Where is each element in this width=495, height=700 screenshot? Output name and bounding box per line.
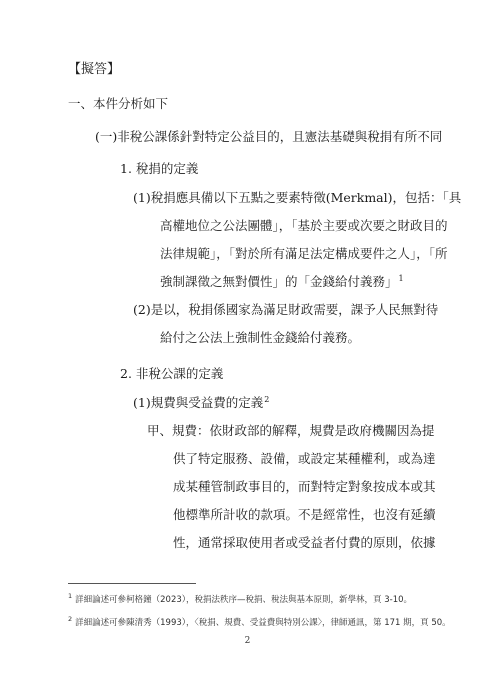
footnote-ref-2: 2 <box>264 395 269 404</box>
line-text: (1)規費與受益費的定義 <box>133 395 263 410</box>
body-line: (2)是以，稅捐係國家為滿足財政需要，課予人民無對待 <box>68 296 458 324</box>
footnote-1: 1詳細論述可參柯格鐘（2023），稅捐法秩序—稅捐、稅法與基本原則，新學林，頁 … <box>68 587 456 610</box>
line-text: 高權地位之公法團體」，「基於主要或次要之財政目的 <box>160 218 448 233</box>
line-text: 2. 非稅公課的定義 <box>120 366 223 381</box>
body-line: 法律規範」，「對於所有滿足法定構成要件之人」，「所 <box>68 240 458 268</box>
footnote-text: 詳細論述可參柯格鐘（2023），稅捐法秩序—稅捐、稅法與基本原則，新學林，頁 3… <box>75 595 412 605</box>
line-text: 甲、規費：依財政部的解釋，規費是政府機關因為提 <box>147 423 435 438</box>
document-body: 【擬答】 一、本件分析如下 (一)非稅公課係針對特定公益目的，且憲法基礎與稅捐有… <box>68 56 458 557</box>
footnote-marker: 1 <box>68 592 72 600</box>
body-line: 成某種管制政事目的，而對特定對象按成本或其 <box>68 473 458 501</box>
footnote-2: 2詳細論述可參陳清秀（1993），〈稅捐、規費、受益費與特別公課〉，律師通訊，第… <box>68 610 456 633</box>
body-line: (一)非稅公課係針對特定公益目的，且憲法基礎與稅捐有所不同 <box>68 123 458 151</box>
body-line: 供了特定服務、設備，或設定某種權利，或為達 <box>68 445 458 473</box>
footnote-separator <box>68 583 196 584</box>
answer-heading: 【擬答】 <box>68 56 458 84</box>
footnote-ref-1: 1 <box>399 274 404 283</box>
line-text: 1. 稅捐的定義 <box>120 161 198 176</box>
body-line: (1)規費與受益費的定義2 <box>68 389 458 417</box>
body-line: 他標準所計收的款項。不是經常性，也沒有延續 <box>68 501 458 529</box>
body-line: 性，通常採取使用者或受益者付費的原則，依據 <box>68 529 458 557</box>
footnotes: 1詳細論述可參柯格鐘（2023），稅捐法秩序—稅捐、稅法與基本原則，新學林，頁 … <box>68 583 456 633</box>
body-line: (1)稅捐應具備以下五點之要素特徵(Merkmal)，包括：「具 <box>68 184 458 212</box>
body-line: 一、本件分析如下 <box>68 90 458 118</box>
line-text: 性，通常採取使用者或受益者付費的原則，依據 <box>173 535 436 550</box>
line-text: (一)非稅公課係針對特定公益目的，且憲法基礎與稅捐有所不同 <box>95 129 442 144</box>
line-text: (1)稅捐應具備以下五點之要素特徵(Merkmal)，包括：「具 <box>133 190 461 205</box>
line-text: 成某種管制政事目的，而對特定對象按成本或其 <box>173 479 436 494</box>
document-page: 【擬答】 一、本件分析如下 (一)非稅公課係針對特定公益目的，且憲法基礎與稅捐有… <box>0 0 495 700</box>
body-line: 甲、規費：依財政部的解釋，規費是政府機關因為提 <box>68 417 458 445</box>
line-text: 給付之公法上強制性金錢給付義務。 <box>160 330 360 345</box>
line-text: 法律規範」，「對於所有滿足法定構成要件之人」，「所 <box>160 246 448 261</box>
footnote-text: 詳細論述可參陳清秀（1993），〈稅捐、規費、受益費與特別公課〉，律師通訊，第 … <box>75 618 451 628</box>
line-text: 強制課徵之無對價性」的「金錢給付義務」 <box>160 274 398 289</box>
footnote-marker: 2 <box>68 615 72 623</box>
line-text: 供了特定服務、設備，或設定某種權利，或為達 <box>173 451 436 466</box>
body-line: 強制課徵之無對價性」的「金錢給付義務」1 <box>68 268 458 296</box>
page-number: 2 <box>0 636 495 646</box>
body-line: 1. 稅捐的定義 <box>68 155 458 183</box>
body-line: 高權地位之公法團體」，「基於主要或次要之財政目的 <box>68 212 458 240</box>
line-text: (2)是以，稅捐係國家為滿足財政需要，課予人民無對待 <box>133 302 438 317</box>
line-text: 他標準所計收的款項。不是經常性，也沒有延續 <box>173 507 436 522</box>
body-line: 給付之公法上強制性金錢給付義務。 <box>68 324 458 352</box>
body-line: 2. 非稅公課的定義 <box>68 360 458 388</box>
line-text: 一、本件分析如下 <box>68 96 168 111</box>
